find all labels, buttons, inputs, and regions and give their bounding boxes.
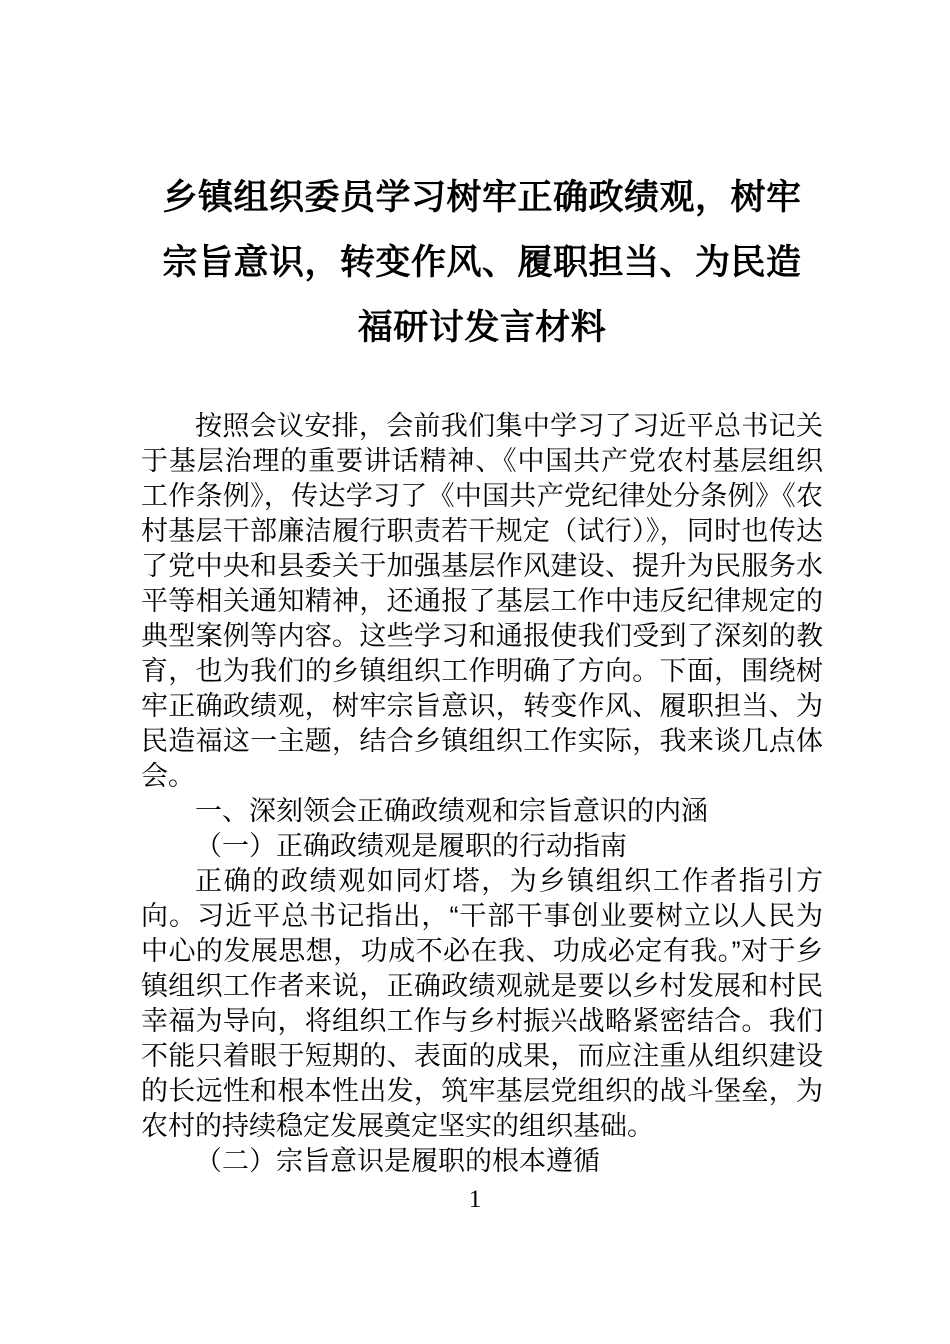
subsection-heading-1-1: （一）正确政绩观是履职的行动指南 [141,829,823,864]
title-line-3: 福研讨发言材料 [141,295,823,360]
document-body: 按照会议安排，会前我们集中学习了习近平总书记关于基层治理的重要讲话精神、《中国共… [141,409,823,1179]
page-number: 1 [0,1186,950,1214]
section-heading-1: 一、深刻领会正确政绩观和宗旨意识的内涵 [141,794,823,829]
document-page: 乡镇组织委员学习树牢正确政绩观，树牢 宗旨意识，转变作风、履职担当、为民造 福研… [0,0,950,1344]
paragraph-intro: 按照会议安排，会前我们集中学习了习近平总书记关于基层治理的重要讲话精神、《中国共… [141,409,823,794]
title-line-1: 乡镇组织委员学习树牢正确政绩观，树牢 [141,165,823,230]
document-title: 乡镇组织委员学习树牢正确政绩观，树牢 宗旨意识，转变作风、履职担当、为民造 福研… [141,165,823,360]
subsection-heading-1-2: （二）宗旨意识是履职的根本遵循 [141,1144,823,1179]
paragraph-subsection-1-1: 正确的政绩观如同灯塔，为乡镇组织工作者指引方向。习近平总书记指出，“干部干事创业… [141,864,823,1144]
title-line-2: 宗旨意识，转变作风、履职担当、为民造 [141,230,823,295]
